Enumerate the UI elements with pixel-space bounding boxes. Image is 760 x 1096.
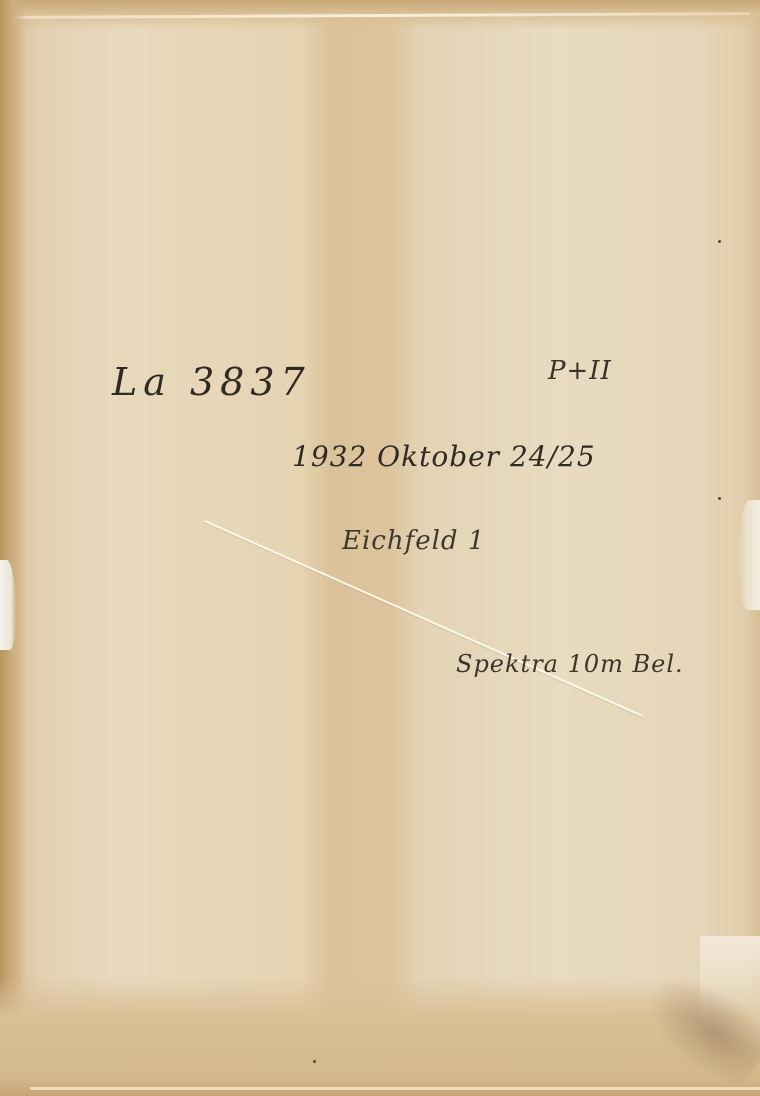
- bottom-fold: [0, 976, 760, 1096]
- plates-note: P+II: [548, 356, 612, 386]
- left-edge: [0, 0, 26, 1096]
- spectra-note: Spektra 10m Bel.: [456, 650, 684, 678]
- envelope-scan: La 3837 P+II 1932 Oktober 24/25 Eichfeld…: [0, 0, 760, 1096]
- paper-speck: [718, 240, 721, 243]
- paper-speck: [313, 1060, 316, 1063]
- bottom-edge: [30, 1087, 760, 1090]
- location-note: Eichfeld 1: [342, 526, 485, 556]
- shelf-mark: La 3837: [112, 360, 311, 404]
- observation-date: 1932 Oktober 24/25: [292, 440, 596, 473]
- paper-speck: [718, 497, 721, 500]
- right-edge-tear: [738, 500, 760, 610]
